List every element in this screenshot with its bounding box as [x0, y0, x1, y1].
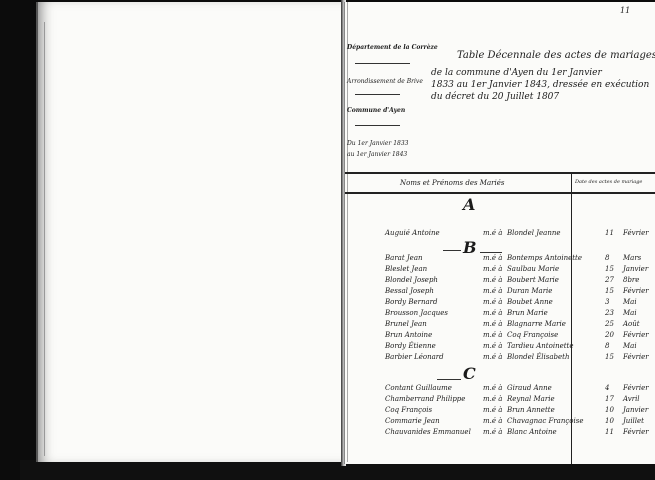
married-to: m.é à — [483, 395, 502, 403]
day: 8 — [605, 254, 609, 262]
table-top-rule — [345, 172, 655, 174]
bride-name: Blagnarre Marie — [507, 320, 566, 328]
married-to: m.é à — [483, 342, 502, 350]
title-line-1: Table Décennale des actes de mariages — [457, 50, 655, 61]
bride-name: Duran Marie — [507, 287, 552, 295]
table-row: Bleslet Jean m.é à Saulbau Marie 15 Janv… — [385, 265, 653, 276]
month: Avril — [623, 395, 640, 403]
margin-divider — [355, 125, 400, 126]
table-row: Bessal Joseph m.é à Duran Marie 15 Févri… — [385, 287, 653, 298]
bride-name: Blondel Élisabeth — [507, 353, 570, 361]
bride-name: Brun Annette — [507, 406, 555, 414]
bride-name: Reynal Marie — [507, 395, 555, 403]
table-row: Blondel Joseph m.é à Boubert Marie 27 8b… — [385, 276, 653, 287]
married-to: m.é à — [483, 298, 502, 306]
margin-arrondissement: Arrondissement de Brive — [347, 78, 423, 85]
groom-name: Bordy Étienne — [385, 342, 436, 350]
married-to: m.é à — [483, 229, 502, 237]
left-page-margin-rule — [44, 22, 45, 456]
bride-name: Coq Françoise — [507, 331, 558, 339]
margin-period-end: au 1er Janvier 1843 — [347, 151, 407, 158]
day: 25 — [605, 320, 614, 328]
married-to: m.é à — [483, 254, 502, 262]
table-row: Bordy Bernard m.é à Boubet Anne 3 Mai 18… — [385, 298, 653, 309]
table-row: Brun Antoine m.é à Coq Françoise 20 Févr… — [385, 331, 653, 342]
title-line-3: 1833 au 1er Janvier 1843, dressée en exé… — [431, 80, 649, 90]
bride-name: Tardieu Antoinette — [507, 342, 574, 350]
table-row: Coq François m.é à Brun Annette 10 Janvi… — [385, 406, 653, 417]
month: Juillet — [623, 417, 644, 425]
margin-rule — [347, 2, 348, 462]
month: Mai — [623, 309, 637, 317]
table-row: Auguié Antoine m.é à Blondel Jeanne 11 F… — [385, 229, 653, 240]
table-row: Barat Jean m.é à Bontemps Antoinette 8 M… — [385, 254, 653, 265]
table-row: Brousson Jacques m.é à Brun Marie 23 Mai… — [385, 309, 653, 320]
groom-name: Contant Guillaume — [385, 384, 452, 392]
month: Février — [623, 353, 649, 361]
month: Janvier — [623, 406, 648, 414]
month: Janvier — [623, 265, 648, 273]
month: Février — [623, 287, 649, 295]
month: Mai — [623, 298, 637, 306]
margin-divider — [355, 94, 400, 95]
section-letter-c: C — [463, 364, 476, 383]
day: 8 — [605, 342, 609, 350]
married-to: m.é à — [483, 384, 502, 392]
groom-name: Brunel Jean — [385, 320, 427, 328]
groom-name: Barbier Léonard — [385, 353, 444, 361]
month: Mars — [623, 254, 641, 262]
groom-name: Blondel Joseph — [385, 276, 438, 284]
bride-name: Chavagnac Françoise — [507, 417, 583, 425]
margin-commune: Commune d'Ayen — [347, 107, 405, 114]
table-row: Barbier Léonard m.é à Blondel Élisabeth … — [385, 353, 653, 364]
groom-name: Commarie Jean — [385, 417, 440, 425]
day: 15 — [605, 353, 614, 361]
bride-name: Brun Marie — [507, 309, 548, 317]
table-row: Chamberrand Philippe m.é à Reynal Marie … — [385, 395, 653, 406]
section-dash — [437, 379, 461, 380]
month: 8bre — [623, 276, 639, 284]
married-to: m.é à — [483, 287, 502, 295]
day: 4 — [605, 384, 609, 392]
groom-name: Bleslet Jean — [385, 265, 427, 273]
bride-name: Bontemps Antoinette — [507, 254, 582, 262]
month: Février — [623, 384, 649, 392]
day: 23 — [605, 309, 614, 317]
groom-name: Brousson Jacques — [385, 309, 448, 317]
day: 11 — [605, 428, 614, 436]
day: 20 — [605, 331, 614, 339]
table-row: Brunel Jean m.é à Blagnarre Marie 25 Aoû… — [385, 320, 653, 331]
married-to: m.é à — [483, 265, 502, 273]
married-to: m.é à — [483, 417, 502, 425]
groom-name: Bordy Bernard — [385, 298, 438, 306]
groom-name: Coq François — [385, 406, 432, 414]
married-to: m.é à — [483, 353, 502, 361]
day: 17 — [605, 395, 614, 403]
month: Février — [623, 428, 649, 436]
month: Mai — [623, 342, 637, 350]
bride-name: Blondel Jeanne — [507, 229, 560, 237]
bride-name: Boubert Marie — [507, 276, 559, 284]
day: 10 — [605, 406, 614, 414]
married-to: m.é à — [483, 406, 502, 414]
month: Août — [623, 320, 640, 328]
table-row: Bordy Étienne m.é à Tardieu Antoinette 8… — [385, 342, 653, 353]
groom-name: Brun Antoine — [385, 331, 432, 339]
margin-department: Département de la Corrèze — [347, 44, 438, 51]
section-dash — [480, 252, 502, 253]
married-to: m.é à — [483, 309, 502, 317]
section-dash — [443, 250, 461, 251]
month: Février — [623, 331, 649, 339]
groom-name: Auguié Antoine — [385, 229, 440, 237]
header-names: Noms et Prénoms des Mariés — [400, 179, 504, 187]
day: 11 — [605, 229, 614, 237]
married-to: m.é à — [483, 320, 502, 328]
married-to: m.é à — [483, 276, 502, 284]
bride-name: Blanc Antoine — [507, 428, 557, 436]
table-row: Commarie Jean m.é à Chavagnac Françoise … — [385, 417, 653, 428]
left-page-blank — [36, 2, 346, 462]
month: Février — [623, 229, 649, 237]
day: 10 — [605, 417, 614, 425]
margin-period-start: Du 1er Janvier 1833 — [347, 140, 408, 147]
groom-name: Bessal Joseph — [385, 287, 434, 295]
day: 27 — [605, 276, 614, 284]
bride-name: Saulbau Marie — [507, 265, 559, 273]
day: 15 — [605, 287, 614, 295]
title-line-4: du décret du 20 Juillet 1807 — [431, 92, 559, 102]
title-line-2: de la commune d'Ayen du 1er Janvier — [431, 68, 602, 78]
bride-name: Giraud Anne — [507, 384, 552, 392]
groom-name: Barat Jean — [385, 254, 423, 262]
folio-number: 11 — [620, 6, 630, 15]
right-page-register: 11 Département de la Corrèze Arrondissem… — [344, 2, 655, 464]
table-row: Contant Guillaume m.é à Giraud Anne 4 Fé… — [385, 384, 653, 395]
margin-divider — [355, 63, 410, 64]
table-row: Chauvanides Emmanuel m.é à Blanc Antoine… — [385, 428, 653, 439]
table-header-rule — [345, 192, 655, 194]
groom-name: Chamberrand Philippe — [385, 395, 465, 403]
day: 15 — [605, 265, 614, 273]
day: 3 — [605, 298, 609, 306]
section-letter-a: A — [463, 195, 475, 214]
groom-name: Chauvanides Emmanuel — [385, 428, 471, 436]
married-to: m.é à — [483, 428, 502, 436]
header-date: Date des actes de mariage — [575, 179, 642, 185]
bride-name: Boubet Anne — [507, 298, 553, 306]
married-to: m.é à — [483, 331, 502, 339]
